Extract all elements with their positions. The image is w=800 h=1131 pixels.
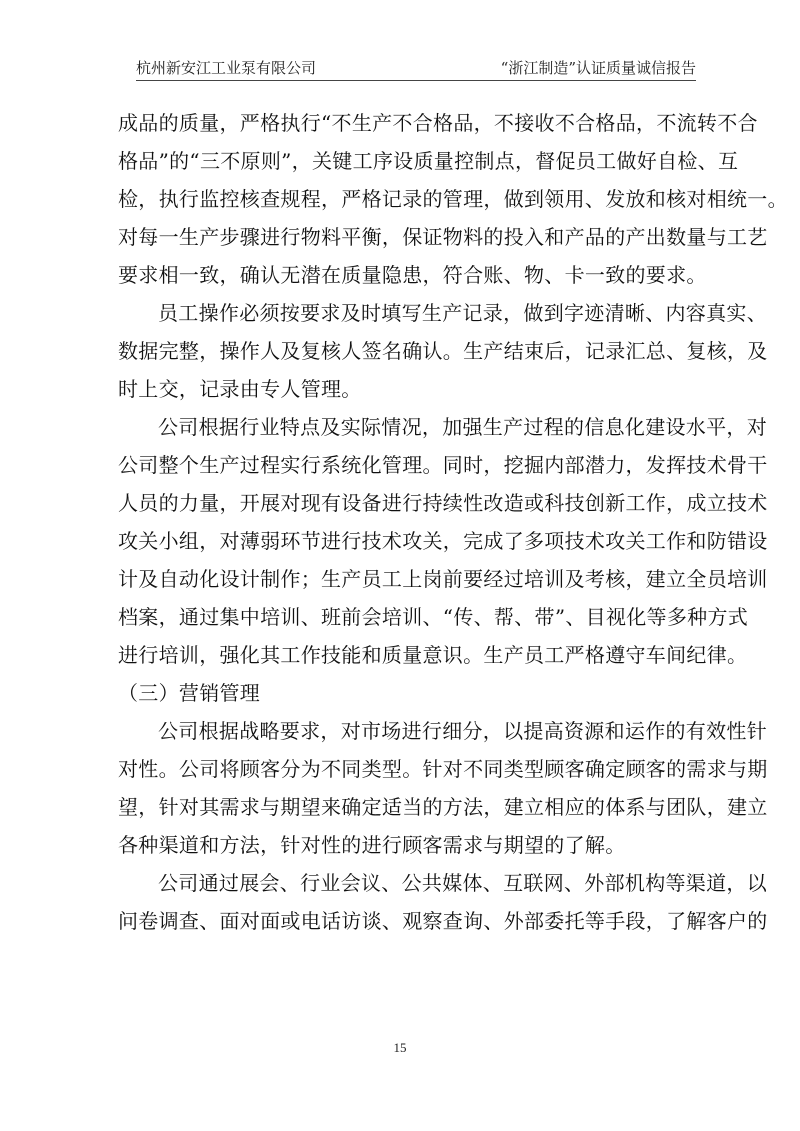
text-line: 检，执行监控核查规程，严格记录的管理，做到领用、发放和核对相统一。 — [118, 180, 722, 218]
page-header: 杭州新安江工业泵有限公司 “浙江制造”认证质量诚信报告 — [136, 58, 696, 81]
document-body: 成品的质量，严格执行“不生产不合格品，不接收不合格品，不流转不合 格品”的“三不… — [118, 104, 722, 940]
text-line: 对性。公司将顾客分为不同类型。针对不同类型顾客确定顾客的需求与期 — [118, 750, 722, 788]
text-line: 进行培训，强化其工作技能和质量意识。生产员工严格遵守车间纪律。 — [118, 636, 722, 674]
text-line: 成品的质量，严格执行“不生产不合格品，不接收不合格品，不流转不合 — [118, 104, 722, 142]
section-heading-marketing: （三）营销管理 — [118, 674, 722, 712]
text-line: 格品”的“三不原则”，关键工序设质量控制点，督促员工做好自检、互 — [118, 142, 722, 180]
text-line: 时上交，记录由专人管理。 — [118, 370, 722, 408]
paragraph-informatization: 公司根据行业特点及实际情况，加强生产过程的信息化建设水平，对 公司整个生产过程实… — [118, 408, 722, 674]
text-line: 计及自动化设计制作；生产员工上岗前要经过培训及考核，建立全员培训 — [118, 560, 722, 598]
paragraph-customer-channels: 公司通过展会、行业会议、公共媒体、互联网、外部机构等渠道，以 问卷调查、面对面或… — [118, 864, 722, 940]
text-line: 档案，通过集中培训、班前会培训、“传、帮、带”、目视化等多种方式 — [118, 598, 722, 636]
text-line: 员工操作必须按要求及时填写生产记录，做到字迹清晰、内容真实、 — [118, 294, 722, 332]
text-line: 望，针对其需求与期望来确定适当的方法，建立相应的体系与团队，建立 — [118, 788, 722, 826]
header-company-name: 杭州新安江工业泵有限公司 — [136, 58, 316, 78]
text-line: 对每一生产步骤进行物料平衡，保证物料的投入和产品的产出数量与工艺 — [118, 218, 722, 256]
text-line: 数据完整，操作人及复核人签名确认。生产结束后，记录汇总、复核，及 — [118, 332, 722, 370]
text-line: 公司整个生产过程实行系统化管理。同时，挖掘内部潜力，发挥技术骨干 — [118, 446, 722, 484]
text-line: 公司根据行业特点及实际情况，加强生产过程的信息化建设水平，对 — [118, 408, 722, 446]
text-line: 公司根据战略要求，对市场进行细分，以提高资源和运作的有效性针 — [118, 712, 722, 750]
header-report-title: “浙江制造”认证质量诚信报告 — [501, 58, 696, 78]
text-line: 要求相一致，确认无潜在质量隐患，符合账、物、卡一致的要求。 — [118, 256, 722, 294]
paragraph-market-segmentation: 公司根据战略要求，对市场进行细分，以提高资源和运作的有效性针 对性。公司将顾客分… — [118, 712, 722, 864]
text-line: 问卷调查、面对面或电话访谈、观察查询、外部委托等手段，了解客户的 — [118, 902, 722, 940]
paragraph-production-records: 员工操作必须按要求及时填写生产记录，做到字迹清晰、内容真实、 数据完整，操作人及… — [118, 294, 722, 408]
text-line: 攻关小组，对薄弱环节进行技术攻关，完成了多项技术攻关工作和防错设 — [118, 522, 722, 560]
text-line: 各种渠道和方法，针对性的进行顾客需求与期望的了解。 — [118, 826, 722, 864]
text-line: 公司通过展会、行业会议、公共媒体、互联网、外部机构等渠道，以 — [118, 864, 722, 902]
paragraph-quality-control: 成品的质量，严格执行“不生产不合格品，不接收不合格品，不流转不合 格品”的“三不… — [118, 104, 722, 294]
text-line: 人员的力量，开展对现有设备进行持续性改造或科技创新工作，成立技术 — [118, 484, 722, 522]
page-number: 15 — [0, 1040, 800, 1056]
